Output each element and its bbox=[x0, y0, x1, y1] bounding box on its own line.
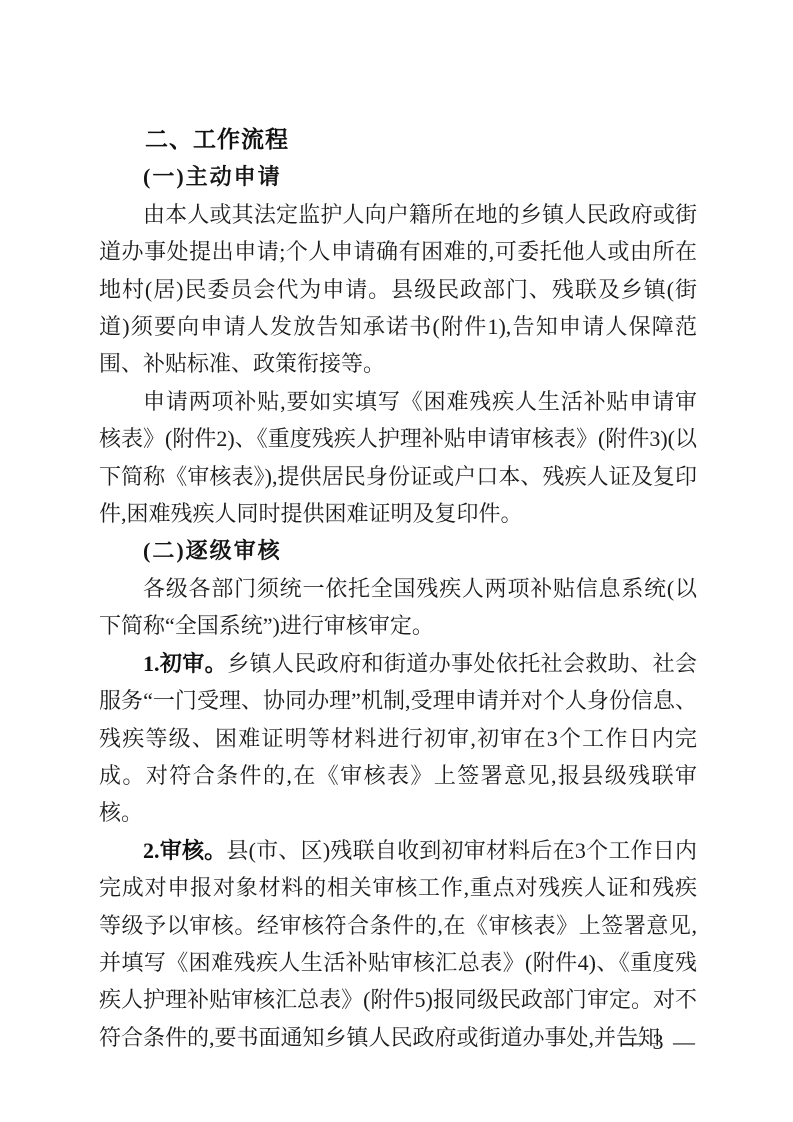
section-heading: 二、工作流程 bbox=[99, 121, 697, 158]
document-page: 二、工作流程 (一)主动申请 由本人或其法定监护人向户籍所在地的乡镇人民政府或街… bbox=[0, 0, 793, 1122]
paragraph-national-system: 各级各部门须统一依托全国残疾人两项补贴信息系统(以下简称“全国系统”)进行审核审… bbox=[99, 570, 697, 645]
document-body: 二、工作流程 (一)主动申请 由本人或其法定监护人向户籍所在地的乡镇人民政府或街… bbox=[99, 121, 697, 1056]
step-review-text: 县(市、区)残联自收到初审材料后在3个工作日内完成对申报对象材料的相关审核工作,… bbox=[99, 838, 697, 1050]
subsection-heading-active-application: (一)主动申请 bbox=[99, 158, 697, 195]
step-initial-review-label: 1.初审。 bbox=[143, 651, 227, 676]
paragraph-step-initial-review: 1.初审。乡镇人民政府和街道办事处依托社会救助、社会服务“一门受理、协同办理”机… bbox=[99, 645, 697, 832]
paragraph-application-process: 由本人或其法定监护人向户籍所在地的乡镇人民政府或街道办事处提出申请;个人申请确有… bbox=[99, 196, 697, 383]
step-review-label: 2.审核。 bbox=[143, 838, 226, 863]
step-initial-review-text: 乡镇人民政府和街道办事处依托社会救助、社会服务“一门受理、协同办理”机制,受理申… bbox=[99, 651, 697, 826]
page-number: — 3 — bbox=[621, 1029, 697, 1055]
subsection-heading-level-review: (二)逐级审核 bbox=[99, 532, 697, 569]
paragraph-application-forms: 申请两项补贴,要如实填写《困难残疾人生活补贴申请审核表》(附件2)、《重度残疾人… bbox=[99, 383, 697, 533]
paragraph-step-review: 2.审核。县(市、区)残联自收到初审材料后在3个工作日内完成对申报对象材料的相关… bbox=[99, 832, 697, 1056]
